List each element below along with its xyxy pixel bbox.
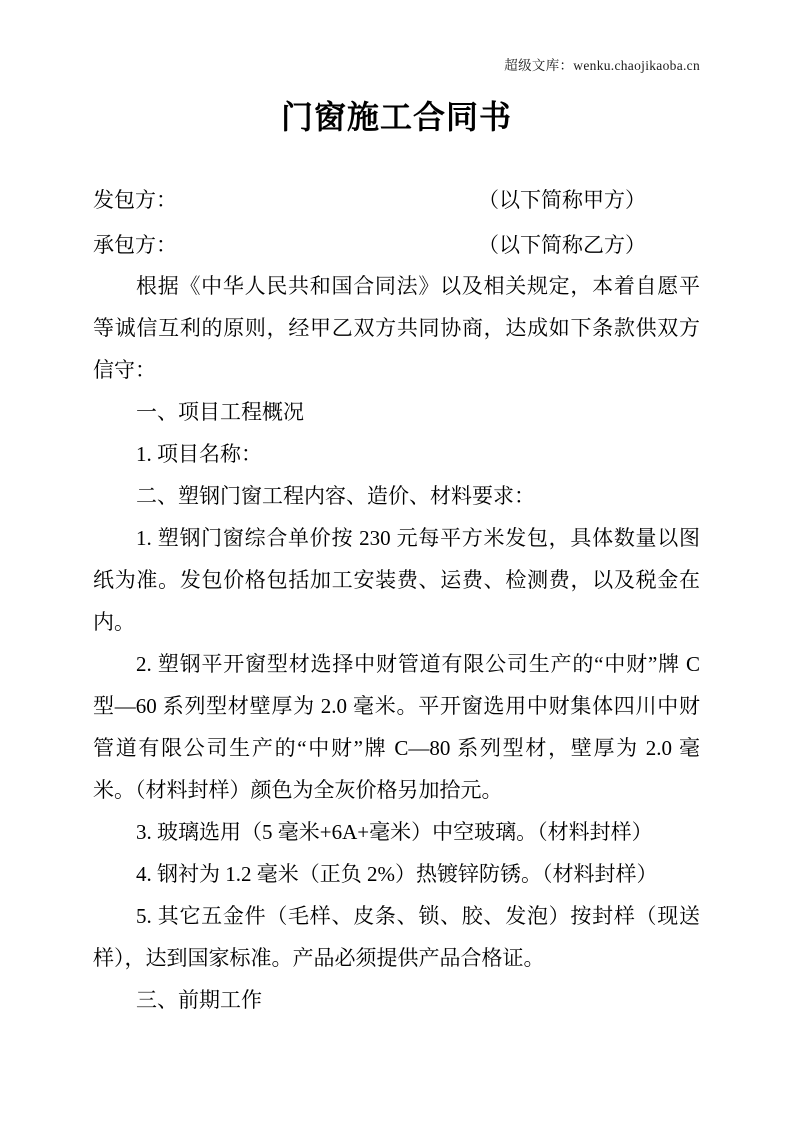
contractor-label: 承包方： <box>93 233 177 257</box>
body-line: 4. 钢衬为 1.2 毫米（正负 2%）热镀锌防锈。（材料封样） <box>93 853 700 895</box>
contractor-alias: （以下简称乙方） <box>478 223 646 268</box>
body-line: 纸为准。发包价格包括加工安装费、运费、检测费，以及税金在 <box>93 559 700 601</box>
body-line: 1. 塑钢门窗综合单价按 230 元每平方米发包，具体数量以图 <box>93 517 700 559</box>
employer-alias: （以下简称甲方） <box>478 178 646 223</box>
body-line: 3. 玻璃选用（5 毫米+6A+毫米）中空玻璃。（材料封样） <box>93 811 700 853</box>
section-heading-2: 二、塑钢门窗工程内容、造价、材料要求： <box>93 475 700 517</box>
document-title: 门窗施工合同书 <box>0 92 793 138</box>
body-line: 2. 塑钢平开窗型材选择中财管道有限公司生产的“中财”牌 C <box>93 643 700 685</box>
employer-label: 发包方： <box>93 188 177 212</box>
body-line: 信守： <box>93 349 700 391</box>
body-line: 根据《中华人民共和国合同法》以及相关规定，本着自愿平 <box>93 265 700 307</box>
watermark-site-credit: 超级文库：wenku.chaojikaoba.cn <box>504 54 700 74</box>
party-row-contractor: 承包方： （以下简称乙方） <box>93 223 700 268</box>
parties-section: 发包方： （以下简称甲方） 承包方： （以下简称乙方） <box>93 178 700 268</box>
body-line: 内。 <box>93 601 700 643</box>
document-page: 超级文库：wenku.chaojikaoba.cn 门窗施工合同书 发包方： （… <box>0 0 793 1122</box>
section-heading-3: 三、前期工作 <box>93 979 700 1021</box>
body-line: 型—60 系列型材壁厚为 2.0 毫米。平开窗选用中财集体四川中财 <box>93 685 700 727</box>
body-line: 管道有限公司生产的“中财”牌 C—80 系列型材，壁厚为 2.0 毫 <box>93 727 700 769</box>
body-line: 米。（材料封样）颜色为全灰价格另加拾元。 <box>93 769 700 811</box>
section-heading-1: 一、项目工程概况 <box>93 391 700 433</box>
body-line: 样），达到国家标准。产品必须提供产品合格证。 <box>93 937 700 979</box>
body-line: 5. 其它五金件（毛样、皮条、锁、胶、发泡）按封样（现送 <box>93 895 700 937</box>
contract-body: 根据《中华人民共和国合同法》以及相关规定，本着自愿平 等诚信互利的原则，经甲乙双… <box>93 265 700 1021</box>
body-line: 等诚信互利的原则，经甲乙双方共同协商，达成如下条款供双方 <box>93 307 700 349</box>
body-line: 1. 项目名称： <box>93 433 700 475</box>
party-row-employer: 发包方： （以下简称甲方） <box>93 178 700 223</box>
